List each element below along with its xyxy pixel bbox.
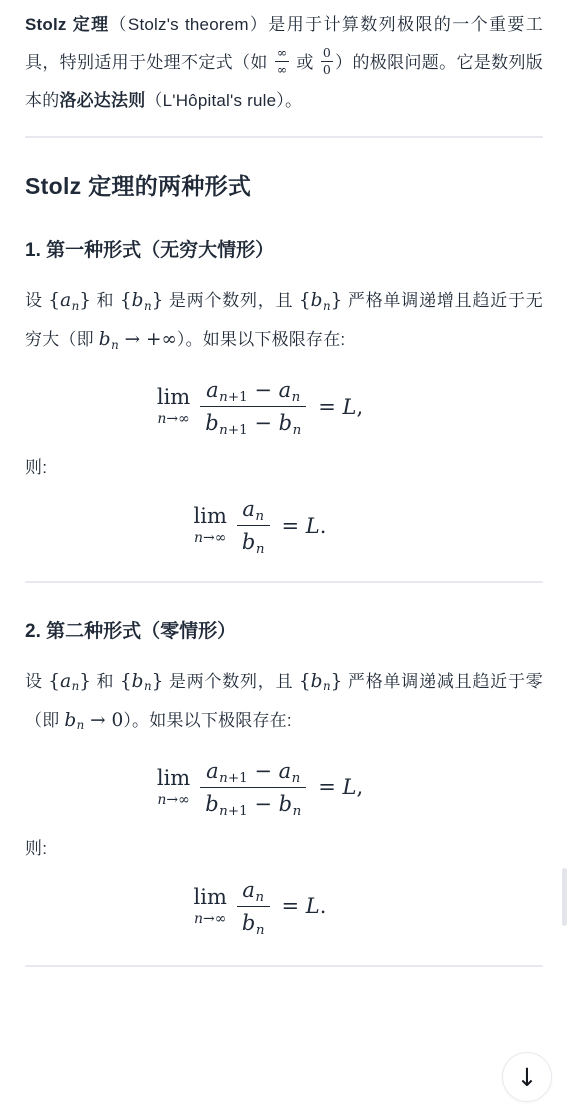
- inline-math: bn → +∞: [99, 329, 177, 350]
- arrow-down-icon: ↓: [517, 1065, 538, 1090]
- subsection-2-heading: 2. 第二种形式（零情形）: [25, 619, 543, 645]
- inline-math: bn → 0: [64, 710, 123, 731]
- subsection-2-paragraph: 设 {an} 和 {bn} 是两个数列，且 {bn} 严格单调递减且趋近于零（即…: [25, 663, 543, 741]
- inline-math: {bn}: [120, 290, 164, 311]
- subsection-1-heading: 1. 第一种形式（无穷大情形）: [25, 238, 543, 264]
- scrollbar-thumb[interactable]: [562, 868, 567, 926]
- formula-stolz-condition-1: limn→∞an+1 − anbn+1 − bn= L,: [25, 378, 495, 435]
- inline-math: {bn}: [299, 671, 343, 692]
- divider: [25, 136, 543, 138]
- intro-paragraph: Stolz 定理（Stolz's theorem）是用于计算数列极限的一个重要工…: [25, 6, 543, 120]
- scroll-to-bottom-button[interactable]: ↓: [502, 1052, 552, 1102]
- inline-math: {an}: [48, 290, 91, 311]
- section-heading: Stolz 定理的两种形式: [25, 170, 543, 202]
- then-label-2: 则:: [25, 830, 543, 868]
- inline-math: {an}: [48, 671, 91, 692]
- message-content: Stolz 定理（Stolz's theorem）是用于计算数列极限的一个重要工…: [0, 0, 569, 967]
- formula-stolz-condition-2: limn→∞an+1 − anbn+1 − bn= L,: [25, 759, 495, 816]
- formula-stolz-conclusion-2: limn→∞anbn= L.: [25, 878, 495, 935]
- divider: [25, 965, 543, 967]
- inline-math: {bn}: [299, 290, 343, 311]
- divider: [25, 581, 543, 583]
- formula-stolz-conclusion-1: limn→∞anbn= L.: [25, 497, 495, 554]
- subsection-1-paragraph: 设 {an} 和 {bn} 是两个数列，且 {bn} 严格单调递增且趋近于无穷大…: [25, 282, 543, 360]
- then-label-1: 则:: [25, 449, 543, 487]
- inline-math: {bn}: [120, 671, 164, 692]
- inline-fraction: 00: [321, 46, 333, 77]
- inline-fraction: ∞∞: [275, 46, 290, 77]
